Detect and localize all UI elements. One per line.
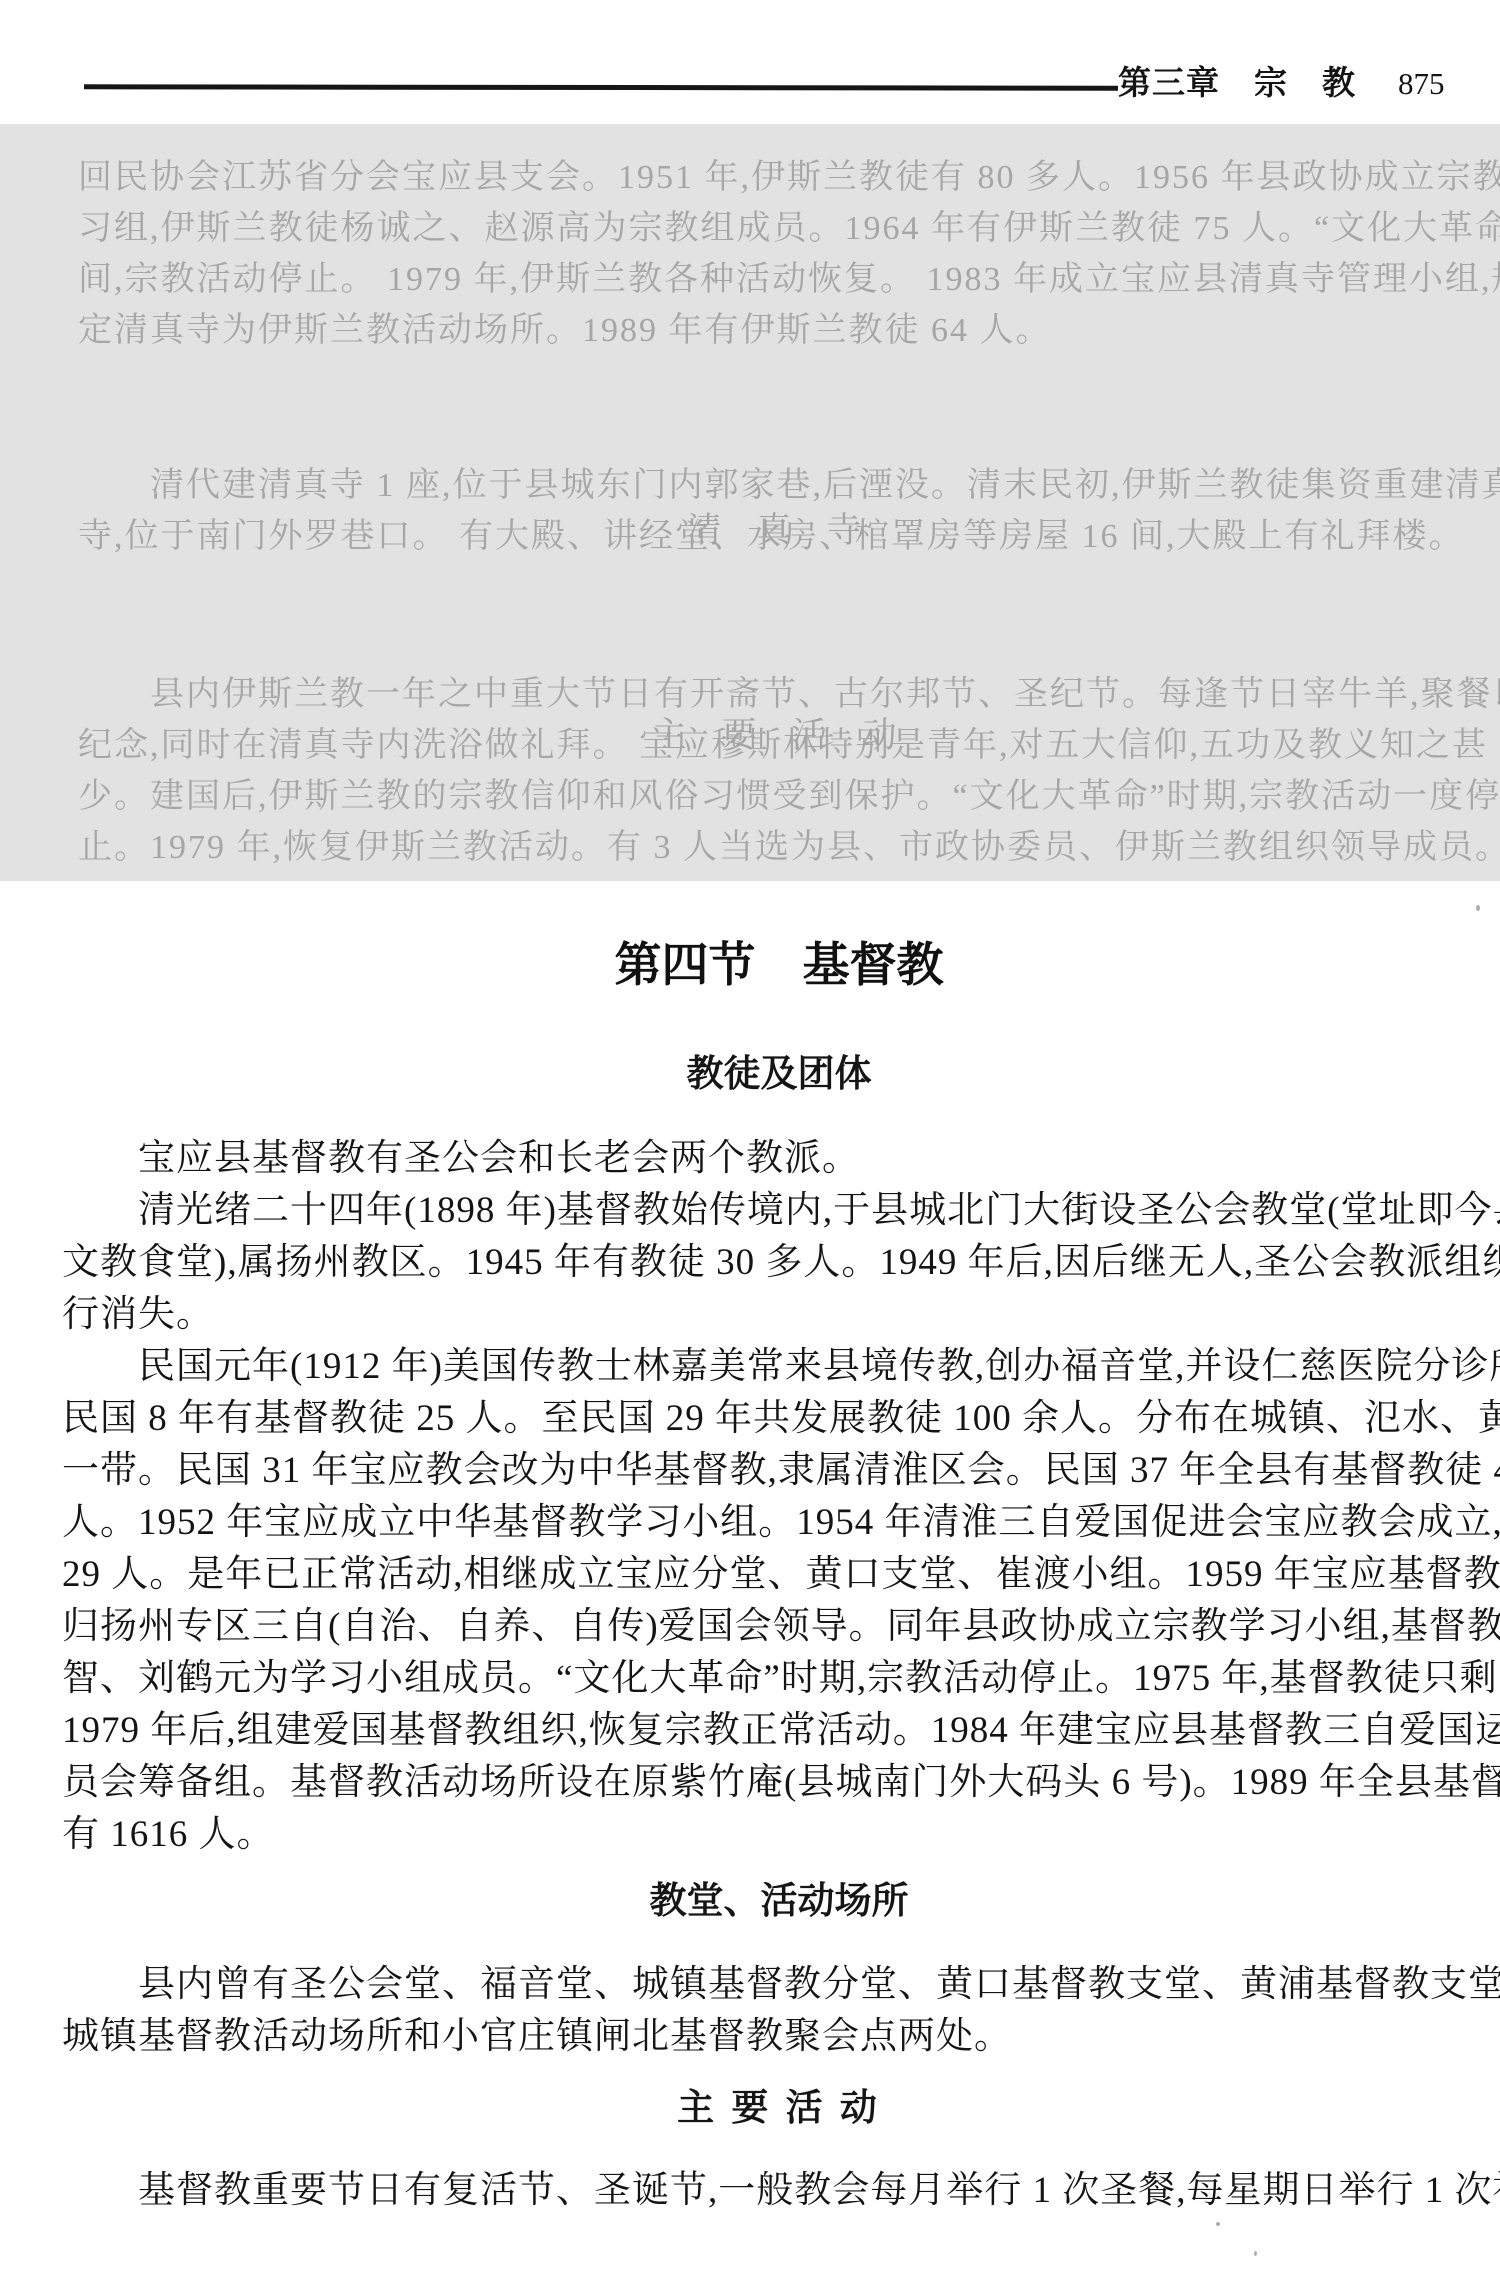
text-line: 民国元年(1912 年)美国传教士林嘉美常来县境传教,创办福音堂,并设仁慈医院分… [62,1341,1496,1393]
text-line: 行消失。 [62,1289,1496,1341]
text-line: 回民协会江苏省分会宝应县支会。1951 年,伊斯兰教徒有 80 多人。1956 … [78,152,1470,203]
running-head: 第三章 宗 教 875 [1118,66,1445,99]
text-line: 员会筹备组。基督教活动场所设在原紫竹庵(县城南门外大码头 6 号)。1989 年… [62,1757,1496,1809]
text-line: 县内曾有圣公会堂、福音堂、城镇基督教分堂、黄口基督教支堂、黄浦基督教支堂等。 今… [62,1959,1496,2011]
text-line: 少。建国后,伊斯兰教的宗教信仰和风俗习惯受到保护。“文化大革命”时期,宗教活动一… [78,771,1470,822]
text-line: 1979 年后,组建爱国基督教组织,恢复宗教正常活动。1984 年建宝应县基督教… [62,1705,1496,1757]
scan-speck [1476,905,1480,911]
text-line: 间,宗教活动停止。 1979 年,伊斯兰教各种活动恢复。 1983 年成立宝应县… [78,254,1470,305]
text-line: 智、刘鹤元为学习小组成员。“文化大革命”时期,宗教活动停止。1975 年,基督教… [62,1653,1496,1705]
chapter-title: 第三章 宗 教 [1118,66,1356,99]
text-line: 归扬州专区三自(自治、自养、自传)爱国会领导。同年县政协成立宗教学习小组,基督教… [62,1601,1496,1653]
paragraph-church-development: 民国元年(1912 年)美国传教士林嘉美常来县境传教,创办福音堂,并设仁慈医院分… [62,1341,1496,1861]
text-line: 清代建清真寺 1 座,位于县城东门内郭家巷,后湮没。清末民初,伊斯兰教徒集资重建… [78,460,1470,511]
text-line: 城镇基督教活动场所和小官庄镇闸北基督教聚会点两处。 [62,2011,1496,2063]
paragraph-denominations: 宝应县基督教有圣公会和长老会两个教派。 [62,1133,1496,1185]
believers-groups-heading: 教徒及团体 [62,1056,1496,1093]
text-line: 一带。民国 31 年宝应教会改为中华基督教,隶属清淮区会。民国 37 年全县有基… [62,1445,1496,1497]
believers-groups-body: 宝应县基督教有圣公会和长老会两个教派。 清光绪二十四年(1898 年)基督教始传… [62,1133,1496,1861]
ghost-paragraph-mosque: 清代建清真寺 1 座,位于县城东门内郭家巷,后湮没。清末民初,伊斯兰教徒集资重建… [78,460,1470,562]
text-line: 宝应县基督教有圣公会和长老会两个教派。 [62,1133,1496,1185]
text-line: 县内伊斯兰教一年之中重大节日有开斋节、古尔邦节、圣纪节。每逢节日宰牛羊,聚餐以示 [78,669,1470,720]
text-line: 29 人。是年已正常活动,相继成立宝应分堂、黄口支堂、崔渡小组。1959 年宝应… [62,1549,1496,1601]
text-line: 纪念,同时在清真寺内洗浴做礼拜。 宝应穆斯林特别是青年,对五大信仰,五功及教义知… [78,720,1470,771]
text-line: 有 1616 人。 [62,1809,1496,1861]
paragraph-anglican-history: 清光绪二十四年(1898 年)基督教始传境内,于县城北门大街设圣公会教堂(堂址即… [62,1185,1496,1341]
text-line: 基督教重要节日有复活节、圣诞节,一般教会每月举行 1 次圣餐,每星期日举行 1 … [62,2165,1496,2217]
text-line: 定清真寺为伊斯兰教活动场所。1989 年有伊斯兰教徒 64 人。 [78,305,1470,356]
section-title: 第四节 基督教 [62,943,1496,990]
paragraph-festivals: 基督教重要节日有复活节、圣诞节,一般教会每月举行 1 次圣餐,每星期日举行 1 … [62,2165,1496,2217]
churches-venues-body: 县内曾有圣公会堂、福音堂、城镇基督教分堂、黄口基督教支堂、黄浦基督教支堂等。 今… [62,1959,1496,2063]
text-line: 清光绪二十四年(1898 年)基督教始传境内,于县城北门大街设圣公会教堂(堂址即… [62,1185,1496,1237]
page-number: 875 [1398,68,1445,99]
scan-speck [1254,2251,1257,2256]
header-rule [84,84,1118,90]
text-line: 文教食堂),属扬州教区。1945 年有教徒 30 多人。1949 年后,因后继无… [62,1237,1496,1289]
text-line: 寺,位于南门外罗巷口。 有大殿、讲经堂、水房、棺罩房等房屋 16 间,大殿上有礼… [78,511,1470,562]
scanned-book-page: 第三章 宗 教 875 回民协会江苏省分会宝应县支会。1951 年,伊斯兰教徒有… [0,0,1500,2277]
churches-venues-heading: 教堂、活动场所 [62,1883,1496,1920]
text-line: 止。1979 年,恢复伊斯兰教活动。有 3 人当选为县、市政协委员、伊斯兰教组织… [78,822,1470,873]
ghost-paragraph-activities: 县内伊斯兰教一年之中重大节日有开斋节、古尔邦节、圣纪节。每逢节日宰牛羊,聚餐以示… [78,669,1470,873]
scan-speck [1216,2222,1220,2226]
text-line: 习组,伊斯兰教徒杨诚之、赵源高为宗教组成员。1964 年有伊斯兰教徒 75 人。… [78,203,1470,254]
text-line: 民国 8 年有基督教徒 25 人。至民国 29 年共发展教徒 100 余人。分布… [62,1393,1496,1445]
text-line: 人。1952 年宝应成立中华基督教学习小组。1954 年清淮三自爱国促进会宝应教… [62,1497,1496,1549]
paragraph-churches-list: 县内曾有圣公会堂、福音堂、城镇基督教分堂、黄口基督教支堂、黄浦基督教支堂等。 今… [62,1959,1496,2063]
main-activities-heading: 主 要 活 动 [62,2090,1496,2127]
ghost-previous-section: 回民协会江苏省分会宝应县支会。1951 年,伊斯兰教徒有 80 多人。1956 … [0,124,1500,881]
main-activities-body: 基督教重要节日有复活节、圣诞节,一般教会每月举行 1 次圣餐,每星期日举行 1 … [62,2165,1496,2217]
ghost-paragraph-islam-history: 回民协会江苏省分会宝应县支会。1951 年,伊斯兰教徒有 80 多人。1956 … [78,152,1470,356]
